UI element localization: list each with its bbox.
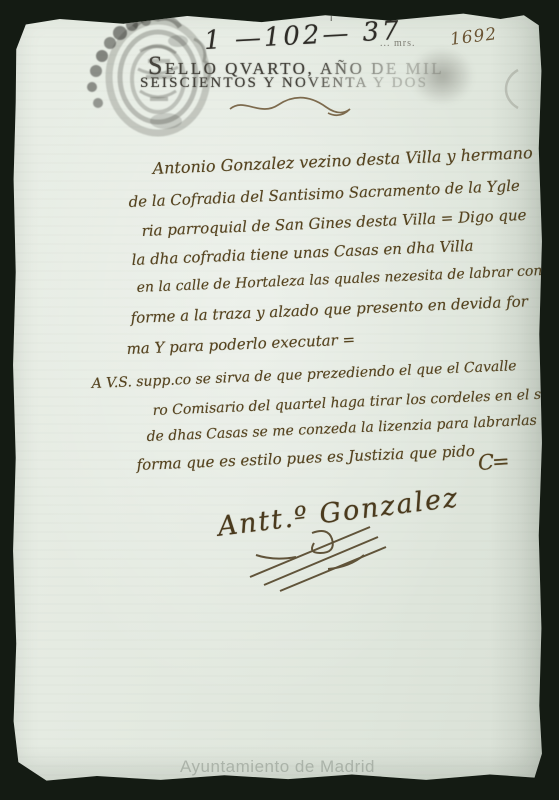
manuscript-line: ma Y para poderlo executar = [126, 330, 355, 358]
document-scan: † 1 —102— 37 ... mrs. 1692 SELLO QVARTO,… [0, 0, 559, 800]
manuscript-paper-sheet: † 1 —102— 37 ... mrs. 1692 SELLO QVARTO,… [12, 9, 543, 783]
handwritten-year-annotation: 1692 [449, 24, 498, 50]
closing-rubric-mark: C= [477, 449, 508, 475]
printed-tax-value-fragment: ... mrs. [380, 38, 416, 49]
faint-arc-mark [498, 67, 522, 111]
manuscript-line: ria parroquial de San Gines desta Villa … [141, 206, 527, 240]
manuscript-line: en la calle de Hortaleza las quales neze… [136, 263, 542, 296]
heading-flourish-icon [226, 93, 356, 123]
manuscript-line: forma que es estilo pues es Justizia que… [136, 442, 475, 474]
ink-smudge-blot [410, 47, 474, 105]
manuscript-line: de la Cofradia del Santisimo Sacramento … [128, 177, 520, 211]
manuscript-line: Antonio Gonzalez vezino desta Villa y he… [152, 143, 533, 178]
manuscript-line: forme a la traza y alzado que presento e… [130, 292, 528, 327]
manuscript-line: A V.S. supp.co se sirva de que prezedien… [91, 358, 517, 392]
archive-watermark: Ayuntamiento de Madrid [12, 757, 543, 777]
manuscript-line: la dha cofradia tiene unas Casas en dha … [131, 237, 474, 269]
seal-heading-line2: SEISCIENTOS Y NOVENTA Y DOS [140, 75, 428, 92]
signature-rubric-icon [220, 525, 410, 595]
